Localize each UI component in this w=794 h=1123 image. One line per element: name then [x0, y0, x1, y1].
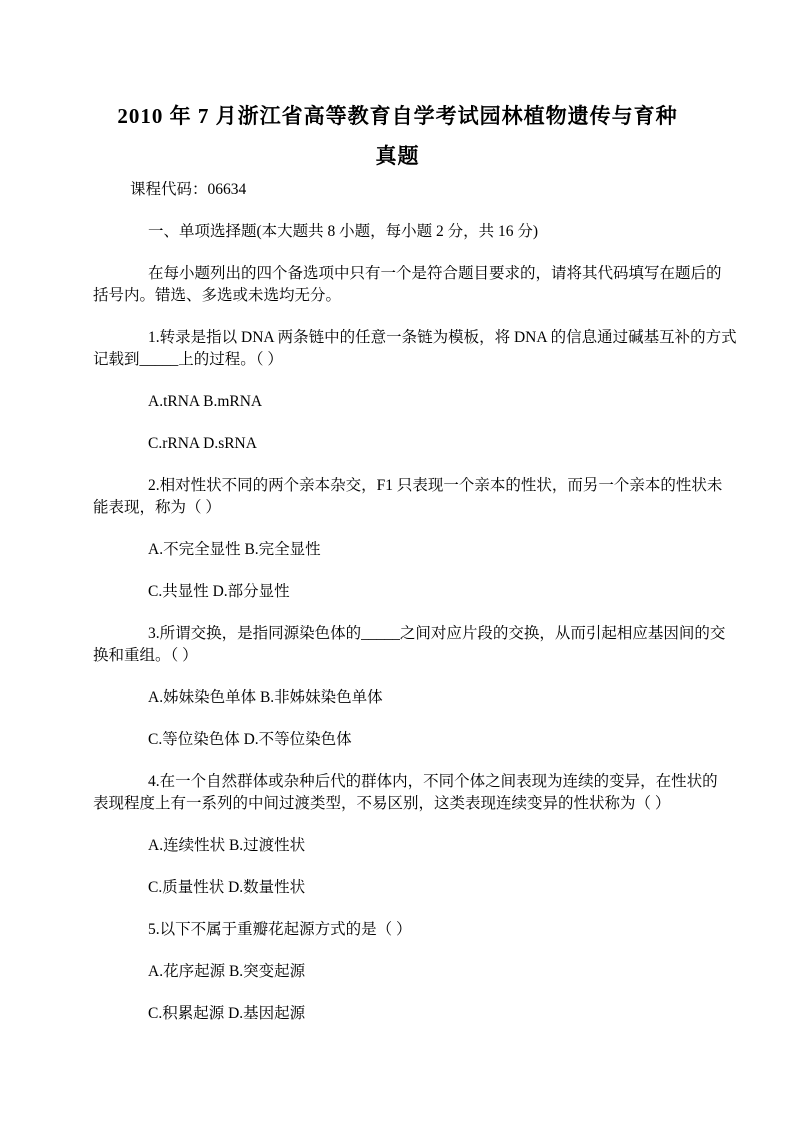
- question-5-stem-line-1: 5.以下不属于重瓣花起源方式的是（ ）: [93, 919, 702, 941]
- question-1-options-ab-text: A.tRNA B.mRNA: [93, 391, 702, 413]
- question-1-stem-line-2: 记载到_____上的过程。（ ）: [93, 349, 702, 371]
- question-5-options-ab-text: A.花序起源 B.突变起源: [93, 961, 702, 983]
- question-2-stem-line-2: 能表现，称为（ ）: [93, 497, 702, 519]
- question-2-stem-line-1: 2.相对性状不同的两个亲本杂交，F1 只表现一个亲本的性状，而另一个亲本的性状未: [93, 475, 702, 497]
- section-heading-text: 一、单项选择题(本大题共 8 小题，每小题 2 分，共 16 分): [93, 221, 702, 243]
- question-3-options-ab: A.姊妹染色单体 B.非姊妹染色单体: [93, 687, 702, 709]
- exam-title: 2010 年 7 月浙江省高等教育自学考试园林植物遗传与育种 真题: [93, 96, 702, 176]
- question-5-options-cd-text: C.积累起源 D.基因起源: [93, 1003, 702, 1025]
- question-3-stem: 3.所谓交换，是指同源染色体的_____之间对应片段的交换，从而引起相应基因间的…: [93, 623, 702, 667]
- question-2-stem: 2.相对性状不同的两个亲本杂交，F1 只表现一个亲本的性状，而另一个亲本的性状未…: [93, 475, 702, 519]
- question-4-options-ab: A.连续性状 B.过渡性状: [93, 835, 702, 857]
- exam-title-line-2: 真题: [93, 136, 702, 176]
- question-4-options-cd-text: C.质量性状 D.数量性状: [93, 877, 702, 899]
- question-5-options-cd: C.积累起源 D.基因起源: [93, 1003, 702, 1025]
- question-3-options-ab-text: A.姊妹染色单体 B.非姊妹染色单体: [93, 687, 702, 709]
- question-1-options-cd-text: C.rRNA D.sRNA: [93, 433, 702, 455]
- document-page: 2010 年 7 月浙江省高等教育自学考试园林植物遗传与育种 真题 课程代码：0…: [0, 0, 794, 1123]
- question-4-stem: 4.在一个自然群体或杂种后代的群体内，不同个体之间表现为连续的变异，在性状的 表…: [93, 771, 702, 815]
- question-4-stem-line-2: 表现程度上有一系列的中间过渡类型，不易区别，这类表现连续变异的性状称为（ ）: [93, 793, 702, 815]
- question-2-options-cd-text: C.共显性 D.部分显性: [93, 581, 702, 603]
- course-code: 课程代码：06634: [93, 179, 702, 201]
- question-2-options-ab: A.不完全显性 B.完全显性: [93, 539, 702, 561]
- course-code-text: 课程代码：06634: [93, 179, 702, 201]
- question-3-options-cd-text: C.等位染色体 D.不等位染色体: [93, 729, 702, 751]
- question-1-stem: 1.转录是指以 DNA 两条链中的任意一条链为模板，将 DNA 的信息通过碱基互…: [93, 327, 702, 371]
- section-heading: 一、单项选择题(本大题共 8 小题，每小题 2 分，共 16 分): [93, 221, 702, 243]
- section-instructions: 在每小题列出的四个备选项中只有一个是符合题目要求的，请将其代码填写在题后的 括号…: [93, 263, 702, 307]
- question-1-options-cd: C.rRNA D.sRNA: [93, 433, 702, 455]
- question-4-options-cd: C.质量性状 D.数量性状: [93, 877, 702, 899]
- question-2-options-cd: C.共显性 D.部分显性: [93, 581, 702, 603]
- instructions-line-2: 括号内。错选、多选或未选均无分。: [93, 285, 702, 307]
- question-4-stem-line-1: 4.在一个自然群体或杂种后代的群体内，不同个体之间表现为连续的变异，在性状的: [93, 771, 702, 793]
- instructions-line-1: 在每小题列出的四个备选项中只有一个是符合题目要求的，请将其代码填写在题后的: [93, 263, 702, 285]
- exam-title-line-1: 2010 年 7 月浙江省高等教育自学考试园林植物遗传与育种: [93, 96, 702, 136]
- question-2-options-ab-text: A.不完全显性 B.完全显性: [93, 539, 702, 561]
- question-3-stem-line-2: 换和重组。（ ）: [93, 645, 702, 667]
- question-5-stem: 5.以下不属于重瓣花起源方式的是（ ）: [93, 919, 702, 941]
- question-3-options-cd: C.等位染色体 D.不等位染色体: [93, 729, 702, 751]
- document-content: 2010 年 7 月浙江省高等教育自学考试园林植物遗传与育种 真题 课程代码：0…: [0, 0, 794, 1025]
- question-5-options-ab: A.花序起源 B.突变起源: [93, 961, 702, 983]
- question-1-options-ab: A.tRNA B.mRNA: [93, 391, 702, 413]
- question-3-stem-line-1: 3.所谓交换，是指同源染色体的_____之间对应片段的交换，从而引起相应基因间的…: [93, 623, 702, 645]
- question-4-options-ab-text: A.连续性状 B.过渡性状: [93, 835, 702, 857]
- question-1-stem-line-1: 1.转录是指以 DNA 两条链中的任意一条链为模板，将 DNA 的信息通过碱基互…: [93, 327, 702, 349]
